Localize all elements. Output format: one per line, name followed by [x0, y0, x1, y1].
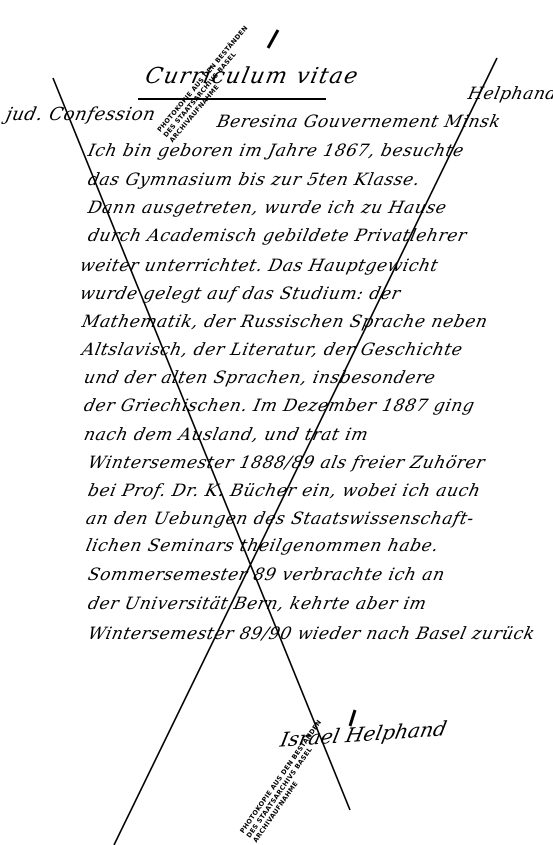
stamp-mark [268, 30, 278, 48]
strike-line [53, 78, 350, 810]
stamp-mark [350, 710, 355, 726]
strike-line [114, 58, 497, 845]
strike-through-cross [0, 0, 553, 845]
document-page: Curriculum vitae jud. Confession Helphan… [0, 0, 553, 845]
